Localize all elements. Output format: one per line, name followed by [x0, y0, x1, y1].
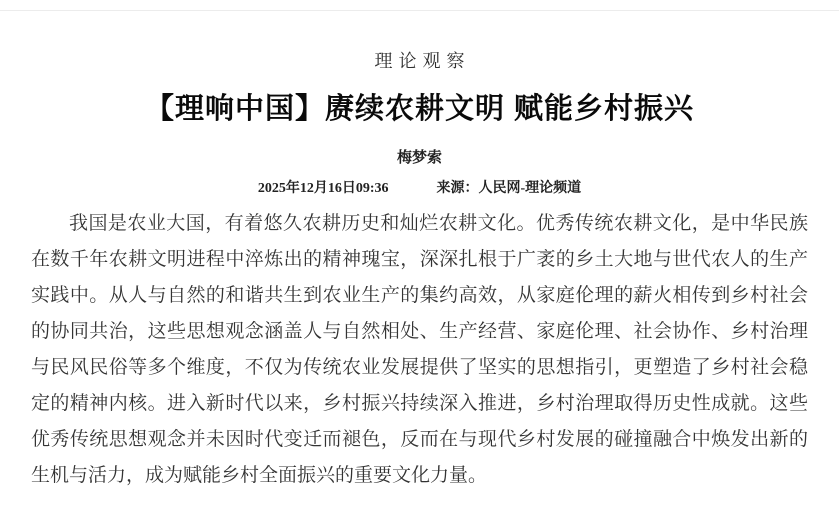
article-paragraph: 我国是农业大国，有着悠久农耕历史和灿烂农耕文化。优秀传统农耕文化，是中华民族在数…	[31, 206, 808, 494]
column-label-link[interactable]: 理论观察	[0, 47, 839, 73]
source-prefix-label: 来源：	[437, 181, 479, 196]
article-title: 【理响中国】赓续农耕文明 赋能乡村振兴	[0, 86, 839, 127]
page-top-divider	[0, 10, 839, 11]
publish-datetime: 2025年12月16日09:36	[258, 177, 389, 197]
article-page: 理论观察 【理响中国】赓续农耕文明 赋能乡村振兴 梅梦索 2025年12月16日…	[0, 0, 839, 508]
article-author: 梅梦索	[0, 146, 839, 167]
article-meta: 2025年12月16日09:36 来源：人民网-理论频道	[0, 177, 839, 197]
source-channel-link[interactable]: 人民网-理论频道	[479, 181, 582, 196]
source: 来源：人民网-理论频道	[437, 177, 582, 197]
